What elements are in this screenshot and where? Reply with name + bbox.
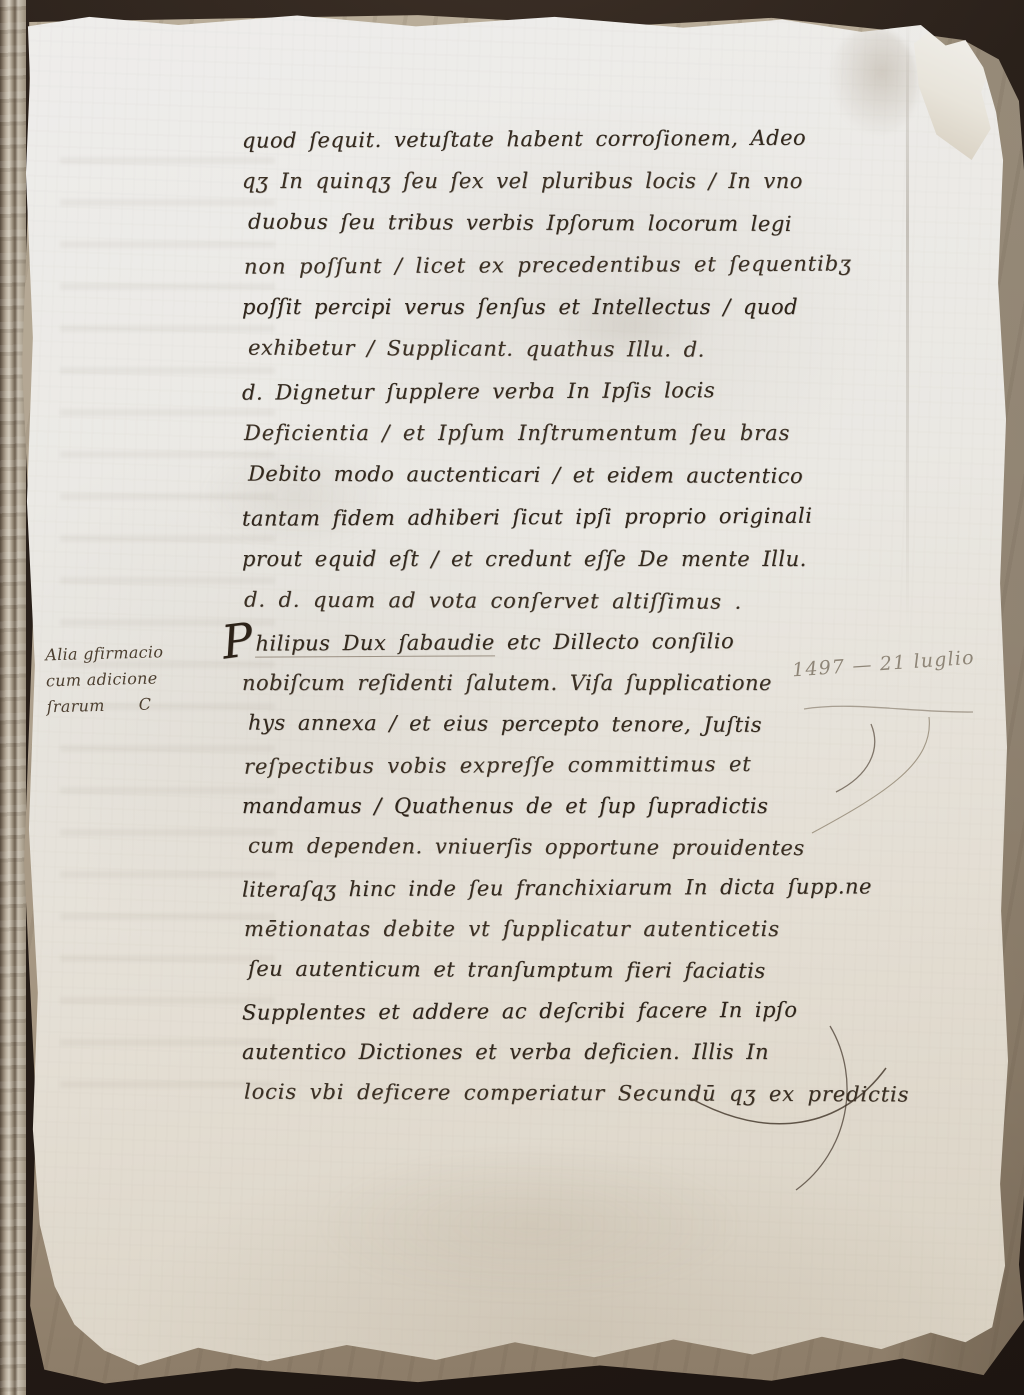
- manuscript-line: mandamus / Quathenus de et ſup ſupradict…: [242, 786, 882, 827]
- manuscript-line: cum dependen. vniuerſis opportune prouid…: [248, 826, 882, 870]
- manuscript-line: Debito modo auctenticari / et eidem auct…: [248, 453, 882, 498]
- manuscript-line: hys annexa / et eius percepto tenore, Ju…: [248, 703, 882, 747]
- line-continuation: etc Dillecto conſilio: [495, 629, 735, 654]
- manuscript-line: autentico Dictiones et verba deficien. I…: [242, 1032, 882, 1073]
- manuscript-photo: { "document": { "kind": "15th-century ch…: [0, 0, 1024, 1395]
- underlined-intitulatio: hilipus Dux ſabaudie: [255, 630, 494, 657]
- manuscript-line: poſſit percipi verus ſenſus et Intellect…: [242, 286, 882, 328]
- manuscript-page: quod ſequit. vetuſtate habent corroſione…: [20, 10, 1010, 1375]
- manuscript-line: prout equid eſt / et credunt eſſe De men…: [242, 538, 882, 580]
- paragraph-supplication: quod ſequit. vetuſtate habent corroſione…: [242, 118, 882, 622]
- manuscript-line: non poſſunt / licet ex precedentibus et …: [244, 242, 882, 287]
- manuscript-line: d. d. quam ad vota conſervet altiſſimus …: [244, 579, 882, 624]
- manuscript-line: qʒ In quinqʒ ſeu ſex vel pluribus locis …: [242, 160, 882, 202]
- manuscript-line: nobiſcum reſidenti ſalutem. Viſa ſupplic…: [242, 663, 882, 704]
- margin-rubric-word: ſrarum: [46, 696, 105, 717]
- paragraph-ducal-rescript: Philipus Dux ſabaudie etc Dillecto conſi…: [242, 622, 882, 1114]
- manuscript-line: tantam fidem adhiberi ſicut ipſi proprio…: [242, 494, 882, 539]
- margin-rubric: Alia gfirmacio cum adicione ſrarumC: [45, 638, 227, 721]
- flourished-initial: P: [221, 629, 255, 653]
- manuscript-line: d. Dignetur ſupplere verba In Ipſis loci…: [242, 368, 882, 413]
- manuscript-line: mētionatas debite vt ſupplicatur autenti…: [244, 909, 882, 950]
- manuscript-line: Supplentes et addere ac deſcribi facere …: [242, 989, 882, 1033]
- manuscript-line: exhibetur / Supplicant. quathus Illu. d.: [248, 327, 882, 372]
- manuscript-line: ſeu autenticum et tranſumptum fieri faci…: [248, 949, 882, 993]
- manuscript-line: Deficientia / et Ipſum Inſtrumentum ſeu …: [244, 412, 882, 454]
- paper-stain: [320, 1150, 740, 1300]
- book-gutter-page-edges: [0, 0, 26, 1395]
- margin-rubric-line: ſrarumC: [46, 690, 227, 721]
- manuscript-line: reſpectibus vobis expreſſe committimus e…: [244, 743, 882, 787]
- paragraph-mark: C: [138, 692, 151, 718]
- manuscript-line: literaſqʒ hinc inde ſeu franchixiarum In…: [242, 866, 882, 910]
- manuscript-line: quod ſequit. vetuſtate habent corroſione…: [242, 116, 882, 161]
- manuscript-line-incipit: Philipus Dux ſabaudie etc Dillecto conſi…: [242, 620, 882, 664]
- manuscript-line: duobus ſeu tribus verbis Ipſorum locorum…: [248, 201, 882, 246]
- manuscript-line: locis vbi deficere comperiatur Secundū q…: [244, 1072, 882, 1116]
